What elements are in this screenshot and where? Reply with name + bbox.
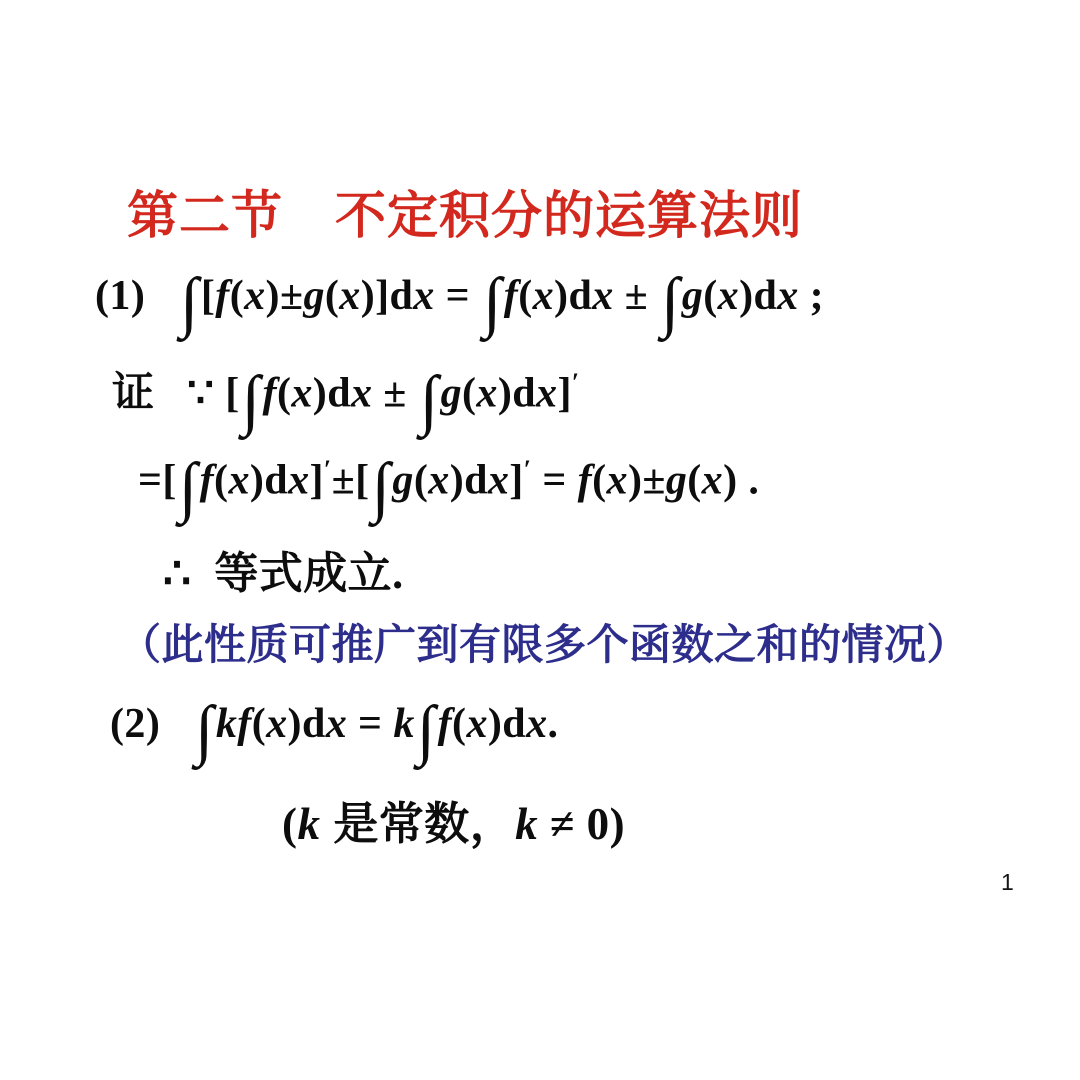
math-segment: )d — [313, 371, 351, 417]
math-segment: g — [666, 458, 687, 504]
math-segment: x — [777, 273, 798, 319]
math-segment: ( — [414, 458, 428, 504]
math-segment: ∫ — [177, 449, 200, 524]
math-segment: )d — [488, 701, 526, 747]
math-segment: ∫ — [370, 449, 393, 524]
math-segment: = — [435, 273, 481, 319]
math-segment: ( — [518, 273, 532, 319]
math-segment: ) . — [723, 458, 759, 504]
math-segment: )]d — [361, 273, 414, 319]
math-segment: )± — [266, 273, 304, 319]
math-segment: = — [347, 701, 393, 747]
math-segment: kf — [216, 701, 252, 747]
math-segment: x — [533, 273, 554, 319]
math-segment: ′ — [324, 455, 332, 484]
math-segment: ± — [614, 273, 659, 319]
math-segment: 是常数， — [320, 798, 515, 849]
math-segment: x — [428, 458, 449, 504]
math-segment: x — [466, 701, 487, 747]
math-segment: (1) — [95, 273, 178, 319]
math-segment: ( — [277, 371, 291, 417]
math-segment: ( — [214, 458, 228, 504]
math-segment: x — [702, 458, 723, 504]
math-segment: x — [288, 458, 309, 504]
math-segment: f — [578, 458, 592, 504]
note-extension-to-finite-sums: （此性质可推广到有限多个函数之和的情况） — [119, 612, 969, 672]
math-segment: x — [607, 458, 628, 504]
math-segment: ′ — [572, 368, 580, 397]
math-segment: ∫ — [418, 362, 441, 437]
math-segment: x — [526, 701, 547, 747]
math-segment: k — [393, 701, 414, 747]
math-segment: ( — [687, 458, 701, 504]
math-segment: ∵ [ — [154, 371, 239, 417]
lecture-slide: 第二节 不定积分的运算法则 (1) ∫[f(x)±g(x)]dx = ∫f(x)… — [0, 0, 1080, 1080]
formula-proof-conclusion: ∴ 等式成立. — [163, 549, 404, 600]
slide-title: 第二节 不定积分的运算法则 — [127, 174, 803, 248]
math-segment: )d — [450, 458, 488, 504]
formula-rule2-condition: (k 是常数，k ≠ 0) — [282, 798, 625, 851]
math-segment: 证 — [112, 369, 154, 416]
math-segment: f — [200, 458, 214, 504]
math-segment: ; — [799, 273, 824, 319]
math-segment: 等式成立 — [214, 549, 392, 598]
math-segment: = — [531, 458, 577, 504]
math-segment: k — [297, 799, 320, 849]
math-segment: x — [488, 458, 509, 504]
math-segment: f — [438, 701, 452, 747]
math-segment: ( — [325, 273, 339, 319]
math-segment: =[ — [138, 458, 177, 504]
math-segment: ∫ — [178, 264, 201, 339]
math-segment: ] — [509, 458, 523, 504]
math-segment: f — [504, 273, 518, 319]
math-segment: ( — [592, 458, 606, 504]
formula-rule2: (2) ∫kf(x)dx = k∫f(x)dx. — [110, 700, 558, 748]
math-segment: (2) — [110, 701, 193, 747]
math-segment: )d — [554, 273, 592, 319]
math-segment: g — [441, 371, 462, 417]
math-segment: x — [592, 273, 613, 319]
math-segment: ∴ — [163, 549, 214, 598]
math-segment: )± — [628, 458, 666, 504]
math-segment: ∫ — [481, 264, 504, 339]
formula-proof-line1: 证 ∵ [∫f(x)dx ± ∫g(x)dx]′ — [112, 368, 580, 418]
math-segment: ] — [310, 458, 324, 504]
math-segment: )d — [739, 273, 777, 319]
formula-rule1: (1) ∫[f(x)±g(x)]dx = ∫f(x)dx ± ∫g(x)dx ; — [95, 272, 824, 320]
math-segment: x — [291, 371, 312, 417]
math-segment: f — [215, 273, 229, 319]
math-segment: 0) — [587, 799, 625, 849]
math-segment: ∫ — [415, 692, 438, 767]
math-segment: ( — [230, 273, 244, 319]
math-segment: ( — [282, 799, 297, 849]
math-segment: x — [326, 701, 347, 747]
formula-proof-line2: =[∫f(x)dx]′±[∫g(x)dx]′ = f(x)±g(x) . — [138, 455, 759, 505]
math-segment: ( — [462, 371, 476, 417]
math-segment: k — [515, 799, 538, 849]
math-segment: ( — [252, 701, 266, 747]
math-segment: g — [392, 458, 413, 504]
math-segment: ∫ — [659, 264, 682, 339]
math-segment: ± — [372, 371, 417, 417]
math-segment: )d — [288, 701, 326, 747]
math-segment: [ — [201, 273, 215, 319]
math-segment: )d — [250, 458, 288, 504]
math-segment: x — [351, 371, 372, 417]
math-segment: ≠ — [538, 799, 587, 849]
math-segment: x — [536, 371, 557, 417]
math-segment: )d — [498, 371, 536, 417]
math-segment: ±[ — [332, 458, 370, 504]
math-segment: ] — [557, 371, 571, 417]
math-segment: x — [266, 701, 287, 747]
math-segment: x — [476, 371, 497, 417]
math-segment: . — [548, 701, 559, 747]
math-segment: ( — [452, 701, 466, 747]
math-segment: f — [263, 371, 277, 417]
math-segment: x — [718, 273, 739, 319]
math-segment: g — [303, 273, 324, 319]
math-segment: x — [339, 273, 360, 319]
math-segment: . — [392, 549, 403, 598]
math-segment: ∫ — [240, 362, 263, 437]
math-segment: g — [682, 273, 703, 319]
math-segment: x — [228, 458, 249, 504]
math-segment: ∫ — [193, 692, 216, 767]
math-segment: x — [244, 273, 265, 319]
math-segment: x — [413, 273, 434, 319]
page-number: 1 — [1001, 869, 1014, 896]
math-segment: ( — [703, 273, 717, 319]
